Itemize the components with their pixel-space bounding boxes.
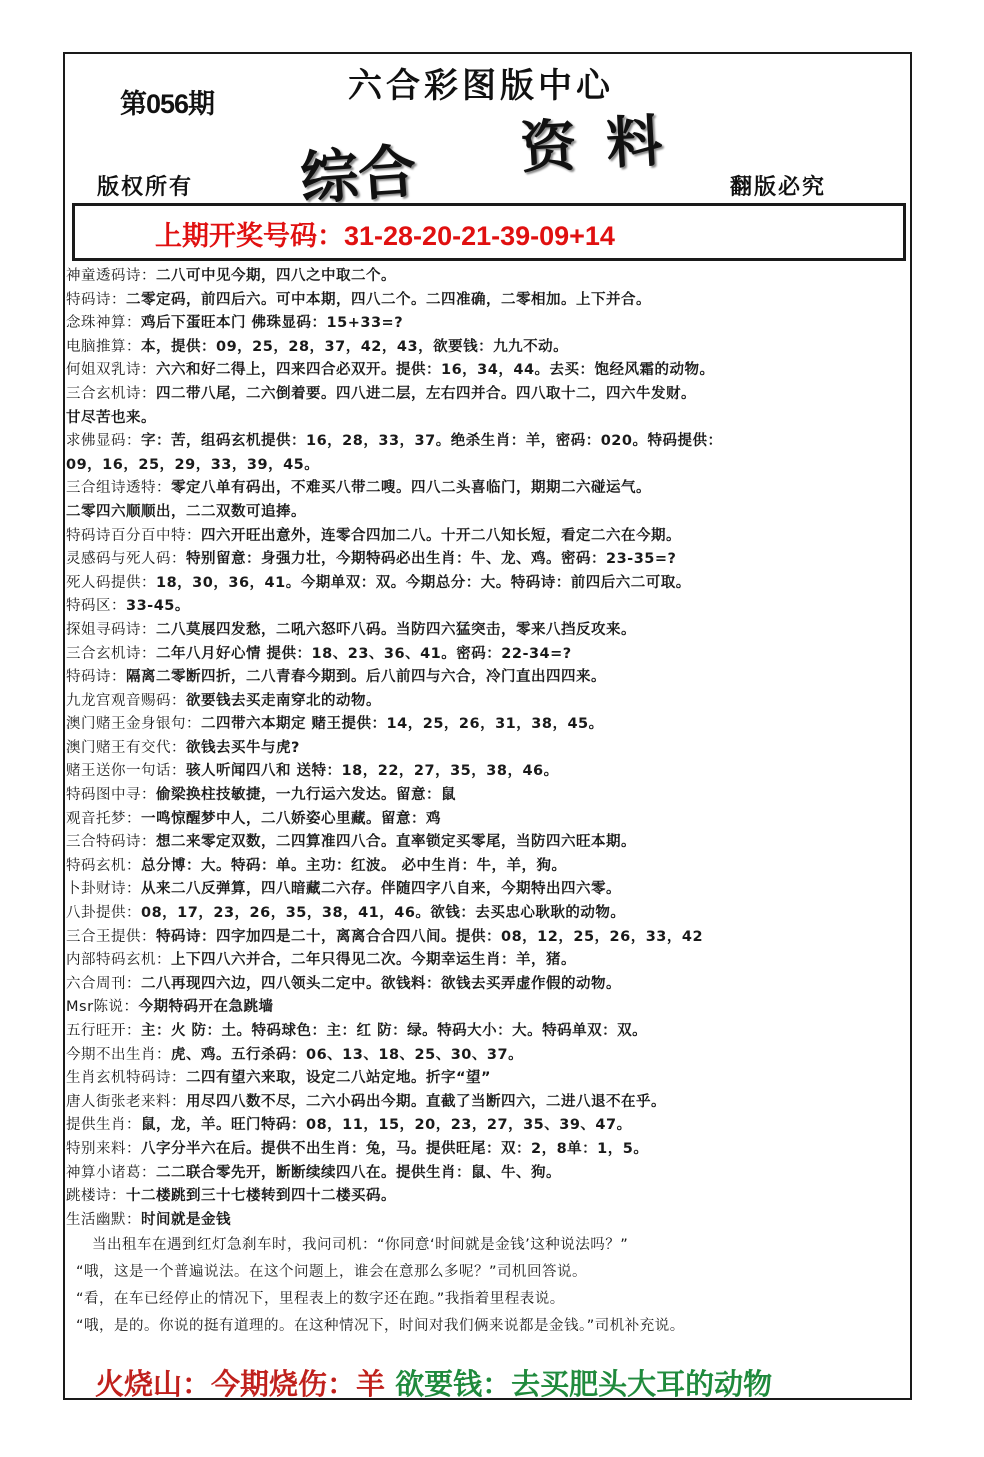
line-text: 八字分半六在后。提供不出生肖：兔，马。提供旺尾：双：2，8单：1，5。 (141, 1141, 648, 1157)
line-text: 四二带八尾，二六倒着要。四八进二层，左右四并合。四八取十二，四六牛发财。 (156, 386, 696, 402)
line-text: 今期特码开在急跳墙 (139, 999, 274, 1015)
line-text: 十二楼跳到三十七楼转到四十二楼买码。 (126, 1188, 396, 1204)
line-label: 跳楼诗： (66, 1188, 126, 1204)
line-label: 念珠神算： (66, 315, 141, 331)
content-lines: 神童透码诗：二八可中见今期，四八之中取二个。特码诗：二零定码，前四后六。可中本期… (66, 265, 911, 1340)
line-text: 字：苦，组码玄机提供：16，28，33，37。绝杀生肖：羊，密码：020。特码提… (141, 433, 722, 449)
piracy-note: 翻版必究 (730, 170, 826, 201)
content-line: 内部特码玄机：上下四八六并合，二年只得见二次。今期幸运生肖：羊，猪。 (66, 949, 911, 973)
line-text: 零定八单有码出，不难买八带二嗖。四八二头喜临门，期期二六碰运气。 (171, 480, 651, 496)
line-label: 特码图中寻： (66, 787, 156, 803)
line-label: 内部特码玄机： (66, 952, 171, 968)
line-label: Msr陈说： (66, 999, 139, 1015)
content-line: 神童透码诗：二八可中见今期，四八之中取二个。 (66, 265, 911, 289)
line-text: 甘尽苦也来。 (66, 410, 156, 426)
content-line: 求佛显码：字：苦，组码玄机提供：16，28，33，37。绝杀生肖：羊，密码：02… (66, 430, 911, 454)
last-result: 上期开奖号码：31-28-20-21-39-09+14 (155, 214, 615, 253)
line-label: 特码诗百分百中特： (66, 528, 201, 544)
story-paragraph: “哦，这是一个普遍说法。在这个问题上，谁会在意那么多呢？”司机回答说。 (66, 1259, 911, 1286)
line-label: 卜卦财诗： (66, 881, 141, 897)
story-paragraph: 当出租车在遇到红灯急刹车时，我问司机：“你同意‘时间就是金钱’这种说法吗？” (66, 1232, 911, 1259)
line-text: 欲要钱去买走南穿北的动物。 (186, 693, 381, 709)
line-text: 总分博：大。特码：单。主功：红波。 必中生肖：牛，羊，狗。 (141, 858, 567, 874)
content-line: 九龙宫观音赐码：欲要钱去买走南穿北的动物。 (66, 690, 911, 714)
line-label: 特别来料： (66, 1141, 141, 1157)
content-line: 甘尽苦也来。 (66, 407, 911, 431)
line-label: 澳门赌王金身银句： (66, 716, 201, 732)
line-label: 灵感码与死人码： (66, 551, 186, 567)
line-text: 虎、鸡。五行杀码：06、13、18、25、30、37。 (171, 1047, 523, 1063)
line-label: 三合玄机诗： (66, 646, 156, 662)
line-text: 鸡后下蛋旺本门 佛珠显码：15+33=? (141, 315, 403, 331)
content-line: 六合周刊：二八再现四六边，四八领头二定中。欲钱料：欲钱去买弄虚作假的动物。 (66, 973, 911, 997)
line-label: 电脑推算： (66, 339, 141, 355)
content-line: Msr陈说：今期特码开在急跳墙 (66, 996, 911, 1020)
issue-number: 第056期 (120, 82, 214, 121)
content-line: 三合玄机诗：四二带八尾，二六倒着要。四八进二层，左右四并合。四八取十二，四六牛发… (66, 383, 911, 407)
line-text: 偷梁换柱技敏捷，一九行运六发达。留意：鼠 (156, 787, 456, 803)
line-label: 特码玄机： (66, 858, 141, 874)
line-text: 二零四六顺顺出，二二双数可追捧。 (66, 504, 306, 520)
line-label: 八卦提供： (66, 905, 141, 921)
line-text: 主：火 防：土。特码球色：主：红 防：绿。特码大小：大。特码单双：双。 (141, 1023, 647, 1039)
content-line: 电脑推算：本，提供：09，25，28，37，42，43，欲要钱：九九不动。 (66, 336, 911, 360)
footer-red: 火烧山：今期烧伤：羊 (95, 1367, 385, 1401)
center-title: 六合彩图版中心 (348, 58, 614, 107)
content-line: 跳楼诗：十二楼跳到三十七楼转到四十二楼买码。 (66, 1185, 911, 1209)
line-label: 三合玄机诗： (66, 386, 156, 402)
content-line: 今期不出生肖：虎、鸡。五行杀码：06、13、18、25、30、37。 (66, 1044, 911, 1068)
line-text: 四六开旺出意外，连零合四加二八。十开二八知长短，看定二六在今期。 (201, 528, 681, 544)
line-label: 神童透码诗： (66, 268, 156, 284)
content-line: 09，16，25，29，33，39，45。 (66, 454, 911, 478)
content-line: 特别来料：八字分半六在后。提供不出生肖：兔，马。提供旺尾：双：2，8单：1，5。 (66, 1138, 911, 1162)
line-text: 鼠，龙，羊。旺门特码：08，11，15，20，23，27，35、39、47。 (141, 1117, 632, 1133)
line-label: 三合王提供： (66, 929, 156, 945)
content-line: 探姐寻码诗：二八莫展四发愁，二吼六怒吓八码。当防四六猛突击，零来八挡反攻来。 (66, 619, 911, 643)
footer-headline: 火烧山：今期烧伤：羊 欲要钱：去买肥头大耳的动物 (95, 1362, 772, 1403)
story-paragraph: “看，在车已经停止的情况下，里程表上的数字还在跑。”我指着里程表说。 (66, 1286, 911, 1313)
line-text: 18，30，36，41。今期单双：双。今期总分：大。特码诗：前四后六二可取。 (156, 575, 691, 591)
last-result-label: 上期开奖号码： (155, 221, 344, 251)
line-label: 三合组诗透特： (66, 480, 171, 496)
line-label: 特码诗： (66, 669, 126, 685)
footer-green: 欲要钱：去买肥头大耳的动物 (395, 1367, 772, 1401)
content-line: 澳门赌王有交代：欲钱去买牛与虎? (66, 737, 911, 761)
content-line: 五行旺开：主：火 防：土。特码球色：主：红 防：绿。特码大小：大。特码单双：双。 (66, 1020, 911, 1044)
line-text: 二八可中见今期，四八之中取二个。 (156, 268, 396, 284)
line-label: 唐人街张老来料： (66, 1094, 186, 1110)
line-text: 二八莫展四发愁，二吼六怒吓八码。当防四六猛突击，零来八挡反攻来。 (156, 622, 636, 638)
line-text: 09，16，25，29，33，39，45。 (66, 457, 319, 473)
line-text: 六六和好二得上，四来四合必双开。提供：16，34，44。去买：饱经风霜的动物。 (156, 362, 715, 378)
line-label: 生肖玄机特码诗： (66, 1070, 186, 1086)
line-label: 赌王送你一句话： (66, 763, 186, 779)
line-label: 五行旺开： (66, 1023, 141, 1039)
line-label: 死人码提供： (66, 575, 156, 591)
content-line: 生活幽默：时间就是金钱 (66, 1209, 911, 1233)
line-text: 隔离二零断四折，二八青春今期到。后八前四与六合，冷门直出四四来。 (126, 669, 606, 685)
line-label: 六合周刊： (66, 976, 141, 992)
line-text: 想二来零定双数，二四算准四八合。直率锁定买零尾，当防四六旺本期。 (156, 834, 636, 850)
last-result-numbers: 31-28-20-21-39-09+14 (344, 221, 615, 251)
line-text: 本，提供：09，25，28，37，42，43，欲要钱：九九不动。 (141, 339, 568, 355)
content-line: 三合王提供：特码诗：四字加四是二十，离离合合四八间。提供：08，12，25，26… (66, 926, 911, 950)
content-line: 灵感码与死人码：特别留意：身强力壮，今期特码必出生肖：牛、龙、鸡。密码：23-3… (66, 548, 911, 572)
line-label: 三合特码诗： (66, 834, 156, 850)
content-line: 特码诗百分百中特：四六开旺出意外，连零合四加二八。十开二八知长短，看定二六在今期… (66, 525, 911, 549)
line-text: 用尽四八数不尽，二六小码出今期。直截了当断四六，二进八退不在乎。 (186, 1094, 666, 1110)
content-line: 特码区：33-45。 (66, 595, 911, 619)
copyright-note: 版权所有 (97, 170, 193, 201)
line-text: 二八再现四六边，四八领头二定中。欲钱料：欲钱去买弄虚作假的动物。 (141, 976, 621, 992)
line-text: 从来二八反弹算，四八暗藏二六存。伴随四字八自来，今期特出四六零。 (141, 881, 621, 897)
content-line: 念珠神算：鸡后下蛋旺本门 佛珠显码：15+33=? (66, 312, 911, 336)
content-line: 二零四六顺顺出，二二双数可追捧。 (66, 501, 911, 525)
line-text: 欲钱去买牛与虎? (186, 740, 300, 756)
content-line: 何姐双乳诗：六六和好二得上，四来四合必双开。提供：16，34，44。去买：饱经风… (66, 359, 911, 383)
line-text: 时间就是金钱 (141, 1212, 231, 1228)
line-label: 特码诗： (66, 292, 126, 308)
content-line: 特码玄机：总分博：大。特码：单。主功：红波。 必中生肖：牛，羊，狗。 (66, 855, 911, 879)
line-label: 观音托梦： (66, 811, 141, 827)
line-text: 特别留意：身强力壮，今期特码必出生肖：牛、龙、鸡。密码：23-35=? (186, 551, 676, 567)
line-text: 二零定码，前四后六。可中本期，四八二个。二四准确，二零相加。上下并合。 (126, 292, 651, 308)
big-title-part2: 资料 (518, 96, 694, 185)
line-label: 求佛显码： (66, 433, 141, 449)
line-label: 提供生肖： (66, 1117, 141, 1133)
content-line: 八卦提供：08，17，23，26，35，38，41，46。欲钱：去买忠心耿耿的动… (66, 902, 911, 926)
content-line: 特码诗：隔离二零断四折，二八青春今期到。后八前四与六合，冷门直出四四来。 (66, 666, 911, 690)
line-label: 特码区： (66, 598, 126, 614)
story-paragraph: “哦，是的。你说的挺有道理的。在这种情况下，时间对我们俩来说都是金钱。”司机补充… (66, 1313, 911, 1340)
line-label: 神算小诸葛： (66, 1165, 156, 1181)
line-label: 探姐寻码诗： (66, 622, 156, 638)
content-line: 观音托梦：一鸣惊醒梦中人，二八娇姿心里藏。留意：鸡 (66, 808, 911, 832)
content-line: 三合特码诗：想二来零定双数，二四算准四八合。直率锁定买零尾，当防四六旺本期。 (66, 831, 911, 855)
content-line: 唐人街张老来料：用尽四八数不尽，二六小码出今期。直截了当断四六，二进八退不在乎。 (66, 1091, 911, 1115)
line-text: 08，17，23，26，35，38，41，46。欲钱：去买忠心耿耿的动物。 (141, 905, 625, 921)
content-line: 三合组诗透特：零定八单有码出，不难买八带二嗖。四八二头喜临门，期期二六碰运气。 (66, 477, 911, 501)
line-label: 今期不出生肖： (66, 1047, 171, 1063)
line-text: 二四带六本期定 赌王提供：14，25，26，31，38，45。 (201, 716, 604, 732)
line-text: 二二联合零先开，断断续续四八在。提供生肖：鼠、牛、狗。 (156, 1165, 561, 1181)
content-line: 特码诗：二零定码，前四后六。可中本期，四八二个。二四准确，二零相加。上下并合。 (66, 289, 911, 313)
line-label: 澳门赌王有交代： (66, 740, 186, 756)
line-text: 上下四八六并合，二年只得见二次。今期幸运生肖：羊，猪。 (171, 952, 576, 968)
line-text: 二四有望六来取，设定二八站定地。折字“望” (186, 1070, 491, 1086)
line-label: 何姐双乳诗： (66, 362, 156, 378)
content-line: 神算小诸葛：二二联合零先开，断断续续四八在。提供生肖：鼠、牛、狗。 (66, 1162, 911, 1186)
content-line: 三合玄机诗：二年八月好心情 提供：18、23、36、41。密码：22-34=? (66, 643, 911, 667)
content-line: 卜卦财诗：从来二八反弹算，四八暗藏二六存。伴随四字八自来，今期特出四六零。 (66, 878, 911, 902)
content-line: 提供生肖：鼠，龙，羊。旺门特码：08，11，15，20，23，27，35、39、… (66, 1114, 911, 1138)
content-line: 生肖玄机特码诗：二四有望六来取，设定二八站定地。折字“望” (66, 1067, 911, 1091)
line-text: 一鸣惊醒梦中人，二八娇姿心里藏。留意：鸡 (141, 811, 441, 827)
content-line: 死人码提供：18，30，36，41。今期单双：双。今期总分：大。特码诗：前四后六… (66, 572, 911, 596)
content-line: 特码图中寻：偷梁换柱技敏捷，一九行运六发达。留意：鼠 (66, 784, 911, 808)
line-text: 33-45。 (126, 598, 190, 614)
content-line: 赌王送你一句话：骇人听闻四八和 送特：18，22，27，35，38，46。 (66, 760, 911, 784)
content-line: 澳门赌王金身银句：二四带六本期定 赌王提供：14，25，26，31，38，45。 (66, 713, 911, 737)
line-text: 骇人听闻四八和 送特：18，22，27，35，38，46。 (186, 763, 559, 779)
line-label: 生活幽默： (66, 1212, 141, 1228)
line-text: 二年八月好心情 提供：18、23、36、41。密码：22-34=? (156, 646, 572, 662)
line-label: 九龙宫观音赐码： (66, 693, 186, 709)
line-text: 特码诗：四字加四是二十，离离合合四八间。提供：08，12，25，26，33，42 (156, 929, 703, 945)
